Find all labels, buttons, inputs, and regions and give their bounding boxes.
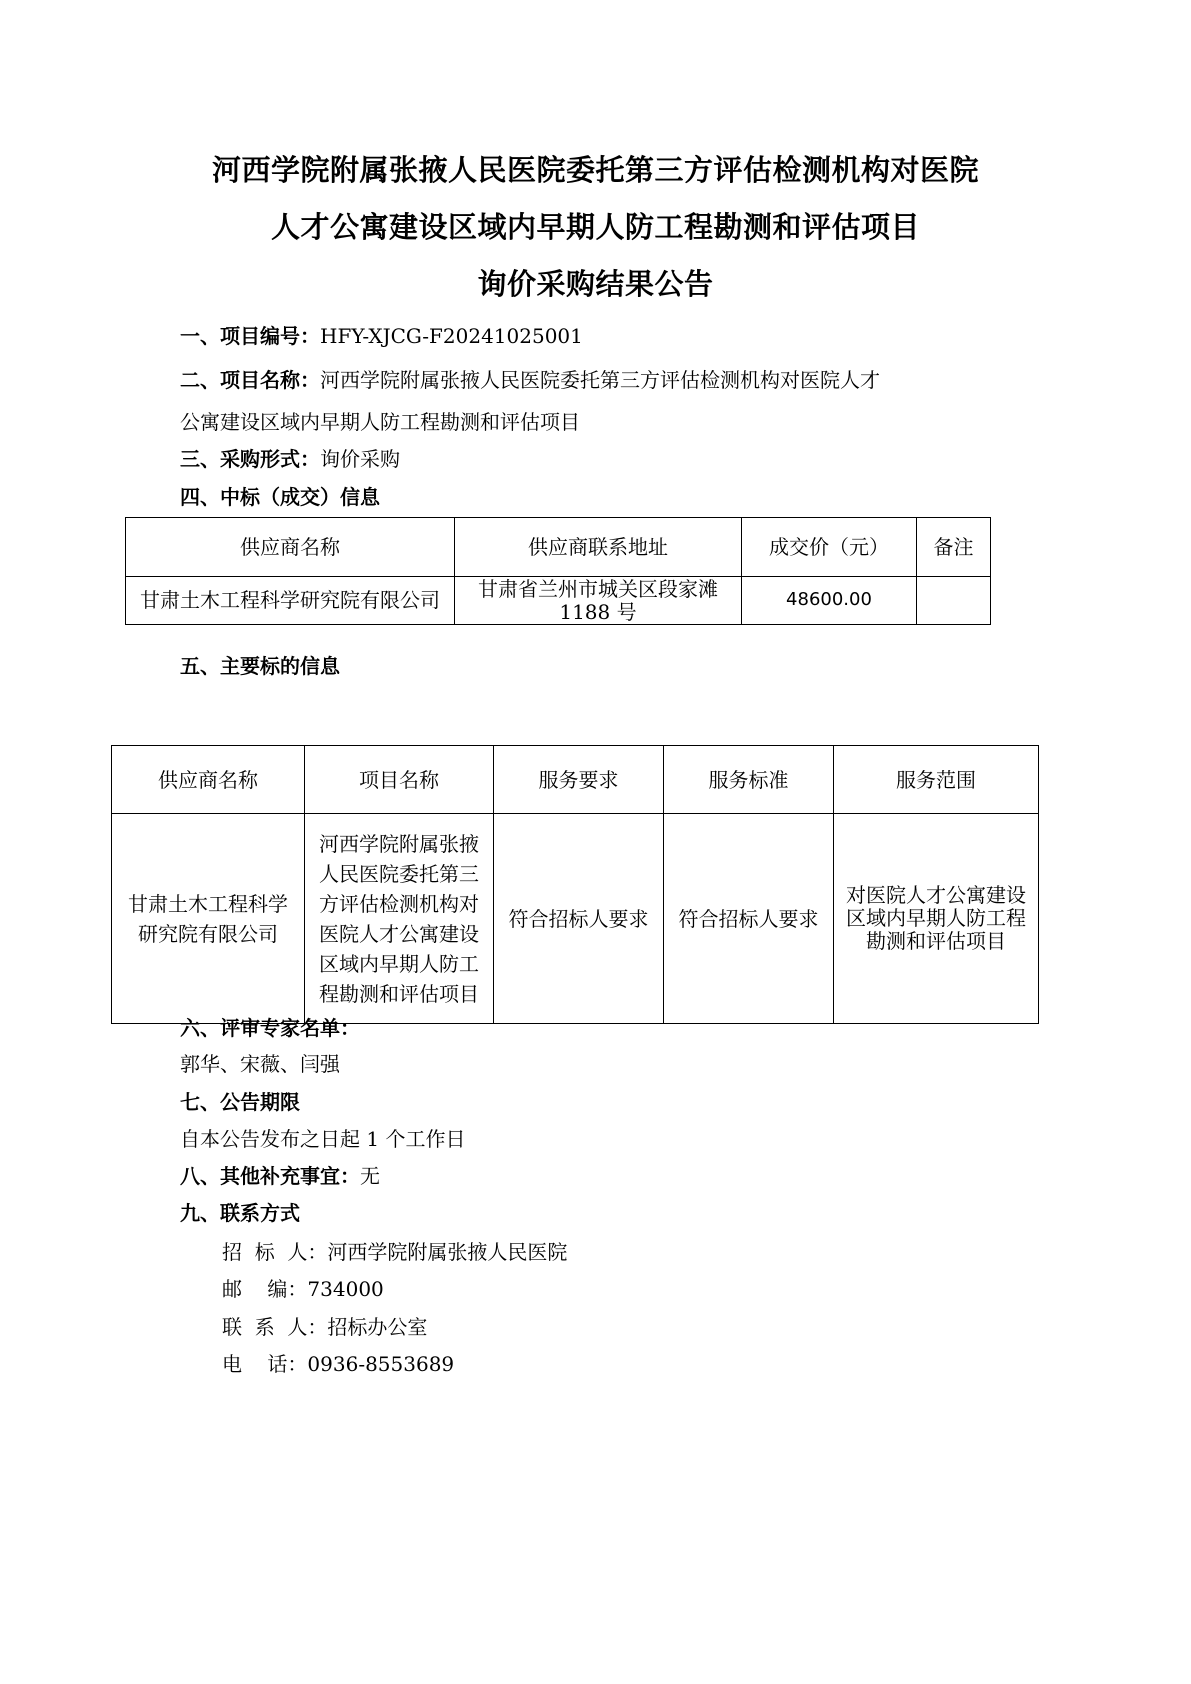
title-line-2: 人才公寓建设区域内早期人防工程勘测和评估项目: [0, 205, 1191, 246]
other-matters: 八、其他补充事宜：无: [180, 1160, 380, 1189]
procurement-method-label: 三、采购形式：: [180, 447, 320, 471]
procurement-method: 三、采购形式：询价采购: [180, 443, 400, 472]
subject-table: 供应商名称 项目名称 服务要求 服务标准 服务范围 甘肃土木工程科学 研究院有限…: [111, 745, 1039, 1024]
award-info-heading: 四、中标（成交）信息: [180, 481, 380, 510]
other-matters-label: 八、其他补充事宜：: [180, 1164, 360, 1188]
cell-supplier-name: 甘肃土木工程科学 研究院有限公司: [112, 814, 305, 1024]
project-number: 一、项目编号：HFY-XJCG-F20241025001: [180, 320, 583, 349]
title-line-3: 询价采购结果公告: [0, 262, 1191, 303]
cell-service-scope: 对医院人才公寓建设 区域内早期人防工程 勘测和评估项目: [834, 814, 1039, 1024]
project-name-continued: 公寓建设区域内早期人防工程勘测和评估项目: [180, 406, 580, 435]
experts-heading: 六、评审专家名单：: [180, 1012, 360, 1041]
notice-period-heading: 七、公告期限: [180, 1086, 300, 1115]
project-number-value: HFY-XJCG-F20241025001: [320, 324, 583, 348]
procurement-method-value: 询价采购: [320, 447, 400, 471]
subject-info-heading: 五、主要标的信息: [180, 650, 340, 679]
header-supplier-name: 供应商名称: [126, 518, 455, 577]
contact-person: 联 系 人：招标办公室: [222, 1311, 427, 1340]
cell-price: 48600.00: [742, 577, 917, 625]
header-price: 成交价（元）: [742, 518, 917, 577]
project-name: 二、项目名称：河西学院附属张掖人民医院委托第三方评估检测机构对医院人才: [180, 364, 880, 393]
notice-period-value: 自本公告发布之日起 1 个工作日: [180, 1123, 465, 1152]
contact-heading: 九、联系方式: [180, 1197, 300, 1226]
subject-table-header: 供应商名称 项目名称 服务要求 服务标准 服务范围: [112, 746, 1039, 814]
cell-supplier-name: 甘肃土木工程科学研究院有限公司: [126, 577, 455, 625]
award-table-header: 供应商名称 供应商联系地址 成交价（元） 备注: [126, 518, 991, 577]
title-line-1: 河西学院附属张掖人民医院委托第三方评估检测机构对医院: [0, 148, 1191, 189]
header-service-scope: 服务范围: [834, 746, 1039, 814]
table-row: 甘肃土木工程科学研究院有限公司 甘肃省兰州市城关区段家滩 1188 号 4860…: [126, 577, 991, 625]
contact-tenderer: 招 标 人：河西学院附属张掖人民医院: [222, 1236, 567, 1265]
project-number-label: 一、项目编号：: [180, 324, 320, 348]
header-supplier-address: 供应商联系地址: [455, 518, 742, 577]
experts-list: 郭华、宋薇、闫强: [180, 1048, 340, 1077]
cell-remark: [917, 577, 991, 625]
contact-phone: 电 话：0936-8553689: [222, 1348, 454, 1377]
header-service-requirement: 服务要求: [494, 746, 664, 814]
header-remark: 备注: [917, 518, 991, 577]
other-matters-value: 无: [360, 1164, 380, 1188]
cell-supplier-address: 甘肃省兰州市城关区段家滩 1188 号: [455, 577, 742, 625]
header-service-standard: 服务标准: [664, 746, 834, 814]
cell-service-requirement: 符合招标人要求: [494, 814, 664, 1024]
table-row: 甘肃土木工程科学 研究院有限公司 河西学院附属张掖 人民医院委托第三 方评估检测…: [112, 814, 1039, 1024]
header-supplier-name: 供应商名称: [112, 746, 305, 814]
project-name-label: 二、项目名称：: [180, 368, 320, 392]
header-project-name: 项目名称: [305, 746, 494, 814]
project-name-value: 河西学院附属张掖人民医院委托第三方评估检测机构对医院人才: [320, 368, 880, 392]
cell-service-standard: 符合招标人要求: [664, 814, 834, 1024]
award-table: 供应商名称 供应商联系地址 成交价（元） 备注 甘肃土木工程科学研究院有限公司 …: [125, 517, 991, 625]
contact-postcode: 邮 编：734000: [222, 1273, 384, 1302]
cell-project-name: 河西学院附属张掖 人民医院委托第三 方评估检测机构对 医院人才公寓建设 区域内早…: [305, 814, 494, 1024]
document-page: 河西学院附属张掖人民医院委托第三方评估检测机构对医院 人才公寓建设区域内早期人防…: [0, 0, 1191, 1684]
